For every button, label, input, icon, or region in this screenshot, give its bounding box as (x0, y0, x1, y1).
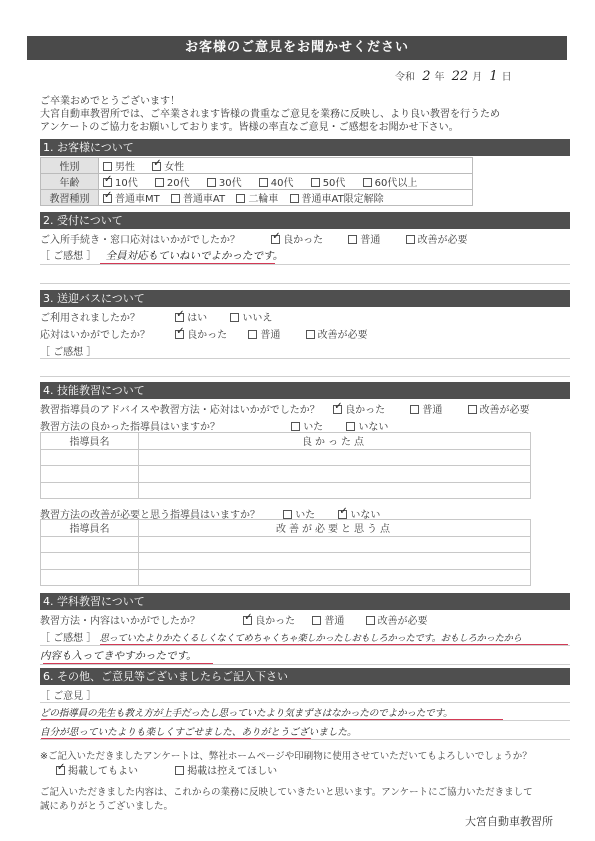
option-good[interactable]: 良かった (243, 612, 295, 627)
section-5-header: 4. 学科教習について (40, 593, 570, 610)
column-header-instructor: 指導員名 (41, 433, 139, 450)
checkbox-icon[interactable] (175, 766, 184, 775)
option-needs-improvement[interactable]: 改善が必要 (306, 326, 368, 341)
opinion-line-1[interactable]: どの指導員の先生も教え方が上手だったし思っていたより気まずさはなかったのでよかっ… (40, 708, 453, 719)
checkbox-icon[interactable] (155, 178, 164, 187)
checkbox-checked-icon[interactable] (338, 510, 347, 519)
gender-label: 性別 (41, 158, 99, 174)
option-label: 女性 (164, 162, 184, 173)
classroom-comment-line-2[interactable]: 内容も入ってきやすかったです。 (40, 650, 197, 662)
comment-cell[interactable] (139, 553, 531, 570)
opinion-label-row: ［ ご意見 ］ (40, 687, 570, 702)
instructor-cell[interactable] (41, 553, 139, 570)
comment-cell[interactable] (139, 569, 531, 586)
instructor-cell[interactable] (41, 466, 139, 483)
comment-label: ［ ご感想 ］ (40, 251, 96, 262)
month-label: 月 (472, 72, 482, 83)
option-label: 改善が必要 (480, 405, 530, 416)
option-label: 改善が必要 (418, 235, 468, 246)
table-row[interactable] (41, 569, 531, 586)
option-label: 普通車AT限定解除 (302, 194, 384, 205)
option-label: 男性 (115, 162, 135, 173)
option-normal[interactable]: 普通 (248, 326, 280, 341)
column-header-improvement-points: 改善が必要と思う点 (139, 520, 531, 537)
option-50s[interactable]: 50代 (311, 174, 346, 189)
checkbox-icon[interactable] (236, 194, 245, 203)
option-label: 普通 (360, 235, 380, 246)
checkbox-checked-icon[interactable] (243, 616, 252, 625)
option-publish-decline[interactable]: 掲載は控えてほしい (175, 762, 277, 777)
option-motorcycle[interactable]: 二輪車 (236, 190, 278, 205)
table-header-row: 指導員名 良かった点 (41, 433, 531, 450)
year-label: 年 (434, 72, 444, 83)
classroom-question: 教習方法・内容はいかがでしたか？ (40, 612, 240, 627)
section-2-header: 2. 受付について (40, 212, 570, 229)
comment-line (40, 376, 570, 377)
checkbox-icon[interactable] (410, 405, 419, 414)
option-male[interactable]: 男性 (103, 158, 135, 173)
checkbox-icon[interactable] (363, 178, 372, 187)
option-label: 良かった (255, 616, 295, 627)
option-label: はい (187, 313, 207, 324)
option-label: 普通 (422, 405, 442, 416)
option-no[interactable]: いない (346, 418, 388, 433)
checkbox-icon[interactable] (348, 235, 357, 244)
option-label: 良かった (283, 235, 323, 246)
day-label: 日 (502, 72, 512, 83)
consent-question: ※ご記入いただきましたアンケートは、弊社ホームページや印刷物に使用させていただい… (40, 748, 570, 762)
option-60s-plus[interactable]: 60代以上 (363, 174, 418, 189)
comment-line (40, 702, 570, 703)
form-title: お客様のご意見をお聞かせください (27, 36, 567, 60)
checkbox-checked-icon[interactable] (333, 405, 342, 414)
good-instructor-question: 教習方法の良かった指導員はいますか？ (40, 418, 288, 433)
option-10s[interactable]: 10代 (103, 174, 138, 189)
column-header-good-points: 良かった点 (139, 433, 531, 450)
option-20s[interactable]: 20代 (155, 174, 190, 189)
option-label: 掲載してもよい (68, 766, 138, 777)
instructor-cell[interactable] (41, 536, 139, 553)
table-row[interactable] (41, 482, 531, 499)
option-label: 良かった (345, 405, 385, 416)
option-needs-improvement[interactable]: 改善が必要 (366, 612, 428, 627)
opinion-row-2: 自分が思っていたよりも楽しくすごせました、ありがとうございました。 (40, 724, 570, 738)
year-value[interactable]: 2 (422, 69, 430, 84)
option-mt[interactable]: 普通車MT (103, 190, 160, 205)
checkbox-icon[interactable] (406, 235, 415, 244)
comment-label: ［ ご感想 ］ (40, 633, 96, 644)
option-label: 50代 (323, 178, 346, 189)
instructor-rating-question: 教習指導員のアドバイスや教習方法・応対はいかがでしたか？ (40, 401, 330, 416)
checkbox-icon[interactable] (306, 330, 315, 339)
checkbox-icon[interactable] (366, 616, 375, 625)
comment-line (40, 739, 570, 740)
good-instructor-table: 指導員名 良かった点 (40, 432, 531, 499)
bus-use-question: ご利用されましたか？ (40, 309, 172, 324)
course-type-row: 教習種別 普通車MT 普通車AT 二輪車 普通車AT限定解除 (41, 190, 473, 206)
checkbox-icon[interactable] (290, 194, 299, 203)
closing-line-2: 誠にありがとうございました。 (40, 798, 570, 812)
table-header-row: 指導員名 改善が必要と思う点 (41, 520, 531, 537)
gender-row: 性別 男性 女性 (41, 158, 473, 174)
option-label: 掲載は控えてほしい (187, 766, 277, 777)
classroom-question-row: 教習方法・内容はいかがでしたか？ 良かった 普通 改善が必要 (40, 612, 570, 627)
table-row[interactable] (41, 449, 531, 466)
option-label: 普通 (260, 330, 280, 341)
customer-info-table: 性別 男性 女性 年齢 10代 20代 30代 40代 50代 60代以上 教習… (40, 157, 473, 206)
option-label: 20代 (167, 178, 190, 189)
comment-line (40, 720, 570, 721)
comment-line (40, 358, 570, 359)
opinion-row-1: どの指導員の先生も教え方が上手だったし思っていたより気まずさはなかったのでよかっ… (40, 705, 570, 719)
comment-cell[interactable] (139, 536, 531, 553)
checkbox-checked-icon[interactable] (56, 766, 65, 775)
option-label: 60代以上 (375, 178, 418, 189)
option-label: 30代 (219, 178, 242, 189)
option-needs-improvement[interactable]: 改善が必要 (406, 231, 468, 246)
section-4-header: 4. 技能教習について (40, 382, 570, 399)
intro-line-2: 大宮自動車教習所では、ご卒業されます皆様の貴重なご意見を業務に反映し、より良い教… (40, 108, 570, 121)
checkbox-icon[interactable] (346, 422, 355, 431)
option-label: 改善が必要 (378, 616, 428, 627)
good-instructor-row: 教習方法の良かった指導員はいますか？ いた いない (40, 418, 570, 433)
option-label: 普通 (324, 616, 344, 627)
table-row[interactable] (41, 553, 531, 570)
comment-label: ［ ご感想 ］ (40, 347, 96, 358)
classroom-comment-line-1[interactable]: 思っていたよりかたくるしくなくてめちゃくちゃ楽しかったしおもしろかったです。おも… (100, 633, 522, 644)
option-good[interactable]: 良かった (271, 231, 323, 246)
option-label: 普通車MT (115, 194, 160, 205)
checkbox-icon[interactable] (311, 178, 320, 187)
instructor-cell[interactable] (41, 569, 139, 586)
checkbox-icon[interactable] (259, 178, 268, 187)
section-3-header: 3. 送迎バスについて (40, 290, 570, 307)
classroom-comment-row-2: 内容も入ってきやすかったです。 (40, 648, 570, 663)
bus-comment-row: ［ ご感想 ］ (40, 343, 570, 358)
day-value[interactable]: 1 (489, 69, 497, 84)
comment-cell[interactable] (139, 466, 531, 483)
checkbox-icon[interactable] (312, 616, 321, 625)
course-type-label: 教習種別 (41, 190, 99, 206)
option-no[interactable]: いいえ (230, 309, 272, 324)
option-label: 二輪車 (248, 194, 278, 205)
checkbox-icon[interactable] (248, 330, 257, 339)
intro-line-1: ご卒業おめでとうございます！ (40, 95, 570, 108)
intro-line-3: アンケートのご協力をお願いしております。皆様の率直なご意見・ご感想をお聞かせ下さ… (40, 121, 570, 134)
option-label: 改善が必要 (318, 330, 368, 341)
checkbox-checked-icon[interactable] (271, 235, 280, 244)
option-good[interactable]: 良かった (333, 401, 385, 416)
consent-options-row: 掲載してもよい 掲載は控えてほしい (40, 762, 570, 777)
opinion-line-2[interactable]: 自分が思っていたよりも楽しくすごせました、ありがとうございました。 (40, 727, 357, 738)
option-label: 10代 (115, 178, 138, 189)
instructor-rating-row: 教習指導員のアドバイスや教習方法・応対はいかがでしたか？ 良かった 普通 改善が… (40, 401, 570, 416)
comment-line (40, 645, 570, 646)
school-signature: 大宮自動車教習所 (465, 813, 553, 829)
month-value[interactable]: 22 (452, 69, 469, 84)
option-normal[interactable]: 普通 (312, 612, 344, 627)
reception-comment[interactable]: 全員対応もていねいでよかったです。 (106, 250, 284, 262)
checkbox-checked-icon[interactable] (175, 330, 184, 339)
checkbox-icon[interactable] (283, 510, 292, 519)
option-label: いいえ (242, 313, 272, 324)
era-label: 令和 (395, 72, 415, 83)
comment-cell[interactable] (139, 482, 531, 499)
checkbox-checked-icon[interactable] (103, 194, 112, 203)
checkbox-icon[interactable] (103, 162, 112, 171)
reception-comment-row: ［ ご感想 ］ 全員対応もていねいでよかったです。 (40, 247, 570, 263)
instructor-cell[interactable] (41, 449, 139, 466)
option-label: 40代 (271, 178, 294, 189)
date-line: 令和 2年 22月 1日 (395, 68, 570, 84)
table-row[interactable] (41, 536, 531, 553)
option-good[interactable]: 良かった (175, 326, 227, 341)
option-publish-ok[interactable]: 掲載してもよい (56, 762, 138, 777)
intro-text: ご卒業おめでとうございます！ 大宮自動車教習所では、ご卒業されます皆様の貴重なご… (40, 95, 570, 134)
option-yes[interactable]: はい (175, 309, 207, 324)
section-1-header: 1. お客様について (40, 139, 570, 156)
option-label: 良かった (187, 330, 227, 341)
section-6-header: 6. その他、ご意見等ございましたらご記入下さい (40, 668, 570, 685)
bus-service-row: 応対はいかがでしたか？ 良かった 普通 改善が必要 (40, 326, 570, 341)
checkbox-checked-icon[interactable] (152, 162, 161, 171)
instructor-cell[interactable] (41, 482, 139, 499)
bus-service-question: 応対はいかがでしたか？ (40, 326, 172, 341)
table-row[interactable] (41, 466, 531, 483)
option-normal[interactable]: 普通 (410, 401, 442, 416)
checkbox-icon[interactable] (468, 405, 477, 414)
option-label: 普通車AT (183, 194, 225, 205)
option-yes[interactable]: いた (291, 418, 323, 433)
comment-label: ［ ご意見 ］ (40, 691, 96, 702)
option-at[interactable]: 普通車AT (171, 190, 225, 205)
comment-line (40, 664, 570, 665)
reception-question-row: ご入所手続き・窓口応対はいかがでしたか？ 良かった 普通 改善が必要 (40, 231, 570, 246)
checkbox-checked-icon[interactable] (103, 178, 112, 187)
checkbox-icon[interactable] (230, 313, 239, 322)
option-at-release[interactable]: 普通車AT限定解除 (290, 190, 384, 205)
option-normal[interactable]: 普通 (348, 231, 380, 246)
closing-line-1: ご記入いただきました内容は、これからの業務に反映していきたいと思います。アンケー… (40, 784, 570, 798)
option-40s[interactable]: 40代 (259, 174, 294, 189)
option-female[interactable]: 女性 (152, 158, 184, 173)
option-needs-improvement[interactable]: 改善が必要 (468, 401, 530, 416)
comment-cell[interactable] (139, 449, 531, 466)
option-30s[interactable]: 30代 (207, 174, 242, 189)
classroom-comment-row: ［ ご感想 ］ 思っていたよりかたくるしくなくてめちゃくちゃ楽しかったしおもしろ… (40, 629, 570, 644)
age-label: 年齢 (41, 174, 99, 190)
checkbox-icon[interactable] (171, 194, 180, 203)
comment-line (40, 264, 570, 265)
checkbox-icon[interactable] (207, 178, 216, 187)
checkbox-icon[interactable] (291, 422, 300, 431)
checkbox-checked-icon[interactable] (175, 313, 184, 322)
improve-instructor-table: 指導員名 改善が必要と思う点 (40, 519, 531, 586)
age-row: 年齢 10代 20代 30代 40代 50代 60代以上 (41, 174, 473, 190)
column-header-instructor: 指導員名 (41, 520, 139, 537)
bus-use-row: ご利用されましたか？ はい いいえ (40, 309, 570, 324)
comment-line (40, 283, 570, 284)
reception-question: ご入所手続き・窓口応対はいかがでしたか？ (40, 231, 268, 246)
